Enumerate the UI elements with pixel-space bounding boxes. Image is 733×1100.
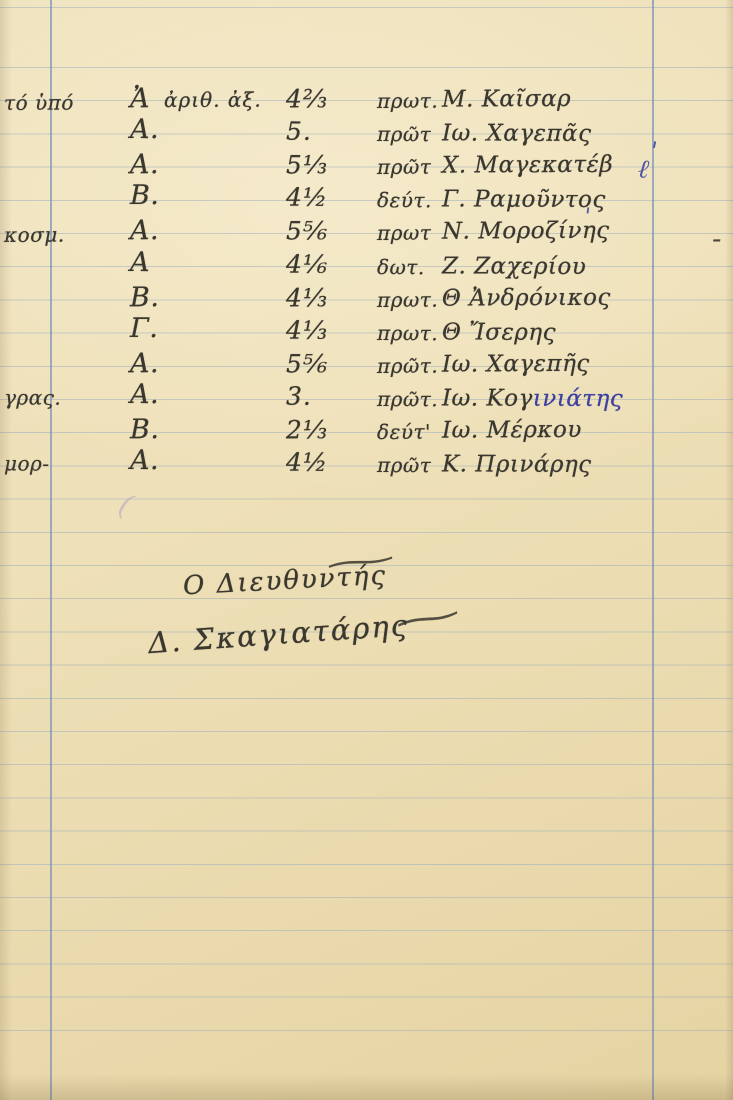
grade-value: 5.	[286, 117, 312, 146]
rank-abbr: πρωτ.	[377, 287, 438, 311]
ruled-line-top	[0, 7, 733, 8]
grade-row: Α.5⅚πρῶτ.Ιω. Χαγεπῆς	[0, 345, 733, 381]
grade-value: 5⅓	[286, 150, 328, 179]
rank-abbr: πρῶτ	[377, 155, 431, 179]
paper-edge-bottom-shadow	[0, 1074, 733, 1100]
rank-abbr: πρῶτ	[377, 453, 431, 477]
rank-abbr: δεύτ'	[377, 420, 431, 444]
section-letter: Α.	[130, 445, 159, 476]
grade-row: κοσμ.Α.5⅚πρωτΝ. Μοροζίνης	[0, 212, 733, 248]
grade-row: Α.5.πρῶτΙω. Χαγεπᾶς	[0, 113, 733, 148]
grade-value: 4⅔	[286, 84, 328, 113]
student-name: Θ Ἴσερης	[442, 319, 556, 345]
edge-dash-mark: -	[712, 222, 721, 255]
margin-fragment: τό ὑπό	[4, 91, 74, 115]
grade-value: 2⅓	[286, 415, 328, 444]
section-letter: Β.	[130, 414, 160, 445]
section-letter: Β.	[130, 180, 160, 211]
margin-fragment: κοσμ.	[4, 223, 65, 247]
student-name: Ιω. Χαγεπᾶς	[442, 120, 592, 147]
student-name: Ιω. Μέρκου	[442, 417, 582, 444]
section-letter: Β.	[130, 282, 160, 313]
grade-value: 4½	[286, 183, 328, 212]
student-name: Χ. Μαγεκατέβ	[442, 152, 613, 179]
grade-row: Α4⅙δωτ.Ζ. Ζαχερίου	[0, 246, 733, 281]
section-letter: Α	[130, 246, 150, 277]
rank-abbr: δεύτ.	[377, 188, 432, 212]
section-letter: Α.	[130, 149, 159, 180]
section-letter: Α.	[130, 215, 159, 246]
grade-row: Β.4⅓πρωτ.Θ Ἀνδρόνικος	[0, 279, 733, 315]
rank-abbr: πρῶτ.	[377, 353, 438, 377]
student-name: Μ. Καῖσαρ	[442, 86, 571, 113]
student-name: Ζ. Ζαχερίου	[442, 253, 586, 280]
notebook-page: τό ὑπόἈἀριθ. ἀξ.4⅔πρωτ.Μ. ΚαῖσαρΑ.5.πρῶτ…	[0, 0, 733, 1100]
rank-abbr: πρωτ	[377, 221, 431, 245]
grade-row: Β.4½δεύτ.Γ. Ραμοῦντος	[0, 180, 733, 215]
rank-abbr: πρῶτ.	[377, 387, 438, 411]
rank-abbr: πρωτ.	[377, 89, 438, 113]
grade-row: Β.2⅓δεύτ'Ιω. Μέρκου	[0, 411, 733, 447]
grade-value: 4⅙	[286, 249, 328, 278]
grade-row: γρας.Α.3.πρῶτ.Ιω. Κογινιάτης	[0, 378, 733, 413]
student-name: Κ. Πρινάρης	[442, 451, 592, 478]
header-note: ἀριθ. ἀξ.	[164, 88, 262, 113]
section-letter: Α.	[130, 379, 159, 410]
rank-abbr: πρῶτ	[377, 122, 431, 146]
paper-edge-right-shadow	[725, 0, 733, 1100]
grade-row: μορ-Α.4½πρῶτΚ. Πρινάρης	[0, 444, 733, 479]
student-name: Θ Ἀνδρόνικος	[442, 284, 611, 311]
grade-row: Γ.4⅓πρωτ.Θ Ἴσερης	[0, 312, 733, 347]
margin-fragment: γρας.	[4, 385, 61, 409]
student-name-blue-ink: ινιάτης	[533, 386, 624, 412]
student-name: Ιω. Κογινιάτης	[442, 385, 623, 412]
paper-edge-left-shadow	[0, 0, 12, 1100]
grade-value: 5⅚	[286, 217, 328, 246]
student-name: Γ. Ραμοῦντος	[442, 187, 606, 214]
grade-row: τό ὑπόἈἀριθ. ἀξ.4⅔πρωτ.Μ. Καῖσαρ	[0, 80, 733, 116]
grade-value: 4½	[286, 448, 328, 477]
section-letter: Α.	[130, 348, 159, 379]
grade-row: Α.5⅓πρῶτΧ. Μαγεκατέβ	[0, 146, 733, 182]
grade-value: 4⅓	[286, 283, 328, 312]
section-letter: Α.	[130, 114, 159, 145]
section-letter: Γ.	[130, 313, 158, 344]
grade-value: 5⅚	[286, 349, 328, 378]
rank-abbr: δωτ.	[377, 255, 425, 279]
rank-abbr: πρωτ.	[377, 321, 438, 345]
section-letter: Ἀἀριθ. ἀξ.	[130, 83, 262, 115]
student-name: Ιω. Χαγεπῆς	[442, 351, 590, 378]
grade-value: 3.	[286, 382, 312, 411]
grade-value: 4⅓	[286, 315, 328, 344]
